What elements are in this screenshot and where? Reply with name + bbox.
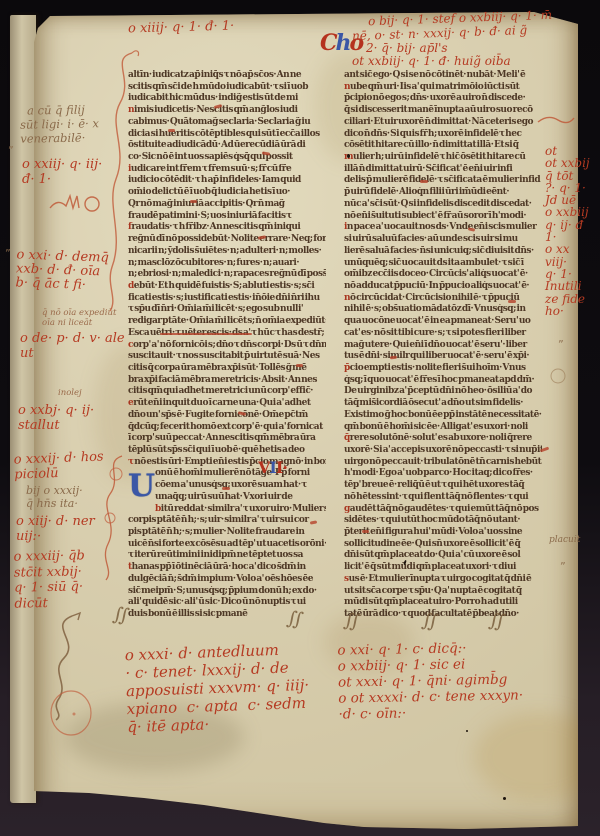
- chapter-numeral: VII·: [258, 458, 287, 477]
- text-line: n; masclōz ōcubitores· n; fures· n; auar…: [128, 258, 326, 270]
- text-line: scitis qm̄ sc̄i de h̄ mūdo iudicabūt· τ …: [128, 82, 326, 94]
- text-line: erūt en̄i inquit duo ī carne una· Qui a'…: [128, 398, 326, 410]
- margin-note: o xxbj· q· ij·stallut: [18, 403, 94, 433]
- text-line: ciliari· Et uir uxorē n̄ dimittat· Nā ce…: [344, 117, 542, 129]
- text-line: mulier h̄; uirū infidelē τ hic̄ ōsētit h…: [344, 152, 542, 164]
- text-line: co· Sic nō ē int̄ uos sapiēs q́sq̄ qui p…: [128, 152, 326, 164]
- text-line: fraudatis· τ h̄ fr̄ibz· An nescitis qm̄ …: [128, 222, 326, 234]
- text-line: ant sic̄ ego· Q̄ si se nō cōtinēt· nubāt…: [344, 70, 542, 82]
- text-line: dico n̄ dn̄s· Si quis fr̄ h̄; uxorē infi…: [344, 129, 542, 141]
- text-line: cat' es· nō sit tibi cure· s; τ si potes…: [344, 328, 542, 340]
- text-line: q̄rere solutōnē· solut' es ab uxore· nol…: [344, 433, 542, 445]
- text-line: reg̃nū dī nō possidebūt· Nolite errare· …: [128, 234, 326, 246]
- text-line: gaudēt tāq̄ nō gaudētes· τ qui emūt tāq̄…: [344, 504, 542, 516]
- text-line: ut sit sc̄a corpe τ sp̄u· Q̄ a' nupta ē …: [344, 586, 542, 598]
- text-line: cōem a' unusq́sq; uxorē suam h̄at· τ: [155, 480, 326, 492]
- rubric-mark: [420, 180, 428, 183]
- text-line: unaq̄q; uirū suū h̄at· Vxori uir de: [155, 492, 326, 504]
- rubric-mark: [222, 487, 230, 490]
- text-line: cabimus· Quātomag̃ seclaria· Seclaria g̃…: [128, 117, 326, 129]
- text-line: citis qm̄ qui adh̄et meretrici unū corp'…: [128, 386, 326, 398]
- text-line: pis ptātē n̄ h̄;· s; mulier· Nolite frau…: [128, 527, 326, 539]
- ink-speck: [503, 797, 506, 800]
- text-line: uxorē· Si a' accepis uxorē nō peccasti· …: [344, 445, 542, 457]
- margin-note: o xxi· d· demq̄xxb· d· đ· oīab· q̄ āc t …: [15, 248, 109, 293]
- text-line: nicarii n; ȳdolis s̄uiētes· n; adulteri·…: [128, 246, 326, 258]
- text-line: dicia si h̄ueritis cōtēptibles qui sūt ī…: [128, 129, 326, 141]
- text-line: corp' a' nō fornicōi s; dn̄o τ dn̄s corp…: [128, 340, 326, 352]
- brown-circle-doodle: [548, 366, 568, 386]
- pen-mark: ”: [5, 247, 11, 260]
- text-line: q̄dcūq; fecerit homō ext̄ corp' ē· qui a…: [128, 422, 326, 434]
- pen-mark: ”: [8, 144, 14, 157]
- text-line: p̄terit en̄i figura hui' mūdi· Volo a' u…: [344, 527, 542, 539]
- text-line: nō h̄ētes sint· τ qui flent tāq̄ nō flen…: [344, 492, 542, 504]
- text-line: si uirū saluū facies· aū unde scis uir s…: [344, 234, 542, 246]
- text-line: lierē saluā facies· n̄si unicuiq; sic̄ d…: [344, 246, 542, 258]
- text-line: bra xp̄i faciā mēbra meretricis· Absit· …: [128, 375, 326, 387]
- text-line: nūc a' sc̄i sūt· Q̄ si infidelis discedi…: [344, 199, 542, 211]
- chapter-seven-text: onū ē hom̄i mulierē nō tāg̃e· Pp̄ fornic…: [128, 468, 326, 620]
- rubric-mark: [296, 364, 303, 367]
- rubric-mark: [168, 129, 175, 132]
- column-left-block-a: altīn· iudicatz ap̄ iniq̄s τ nō ap̄ sc̄o…: [128, 70, 326, 468]
- text-line: dn̄i sūt qm̄ placeat do· Qui a' cū uxore…: [344, 550, 542, 562]
- pen-mark: ”: [558, 338, 564, 351]
- margin-note: inolej: [58, 388, 82, 398]
- text-line: mag̃ utere· Qui en̄i ī dn̄o uocat' ē ser…: [344, 340, 542, 352]
- tail-flourish: ∬: [420, 609, 439, 633]
- text-line: sollicitudine ēe· Qui sn̄ uxore ē sollic…: [344, 539, 542, 551]
- text-line: q̄ si discesserit manē īnupta aū uiro su…: [344, 105, 542, 117]
- rubric-mark: [190, 200, 197, 203]
- text-line: ī corp' suū peccat· An nescitis qm̄ mēbr…: [128, 433, 326, 445]
- text-line: thanas pp̄ ī ōtinēciā ūrā· hoc a' dico s…: [128, 562, 326, 574]
- text-line: Existimo g̃ hoc bonū ēe pp̄ instātē nece…: [344, 410, 542, 422]
- text-line: unūquēq; sic̄ uocauit d̄s ita ambulet· τ…: [344, 258, 542, 270]
- red-circle-doodle: [48, 688, 94, 738]
- text-line: sus ē· Et mulier īnupta τ uirgo cogitat …: [344, 574, 542, 586]
- column-left-block-b: U onū ē hom̄i mulierē nō tāg̃e· Pp̄ forn…: [128, 468, 326, 620]
- text-line: p̄ uirū fidelē· Alioq́n filii ūri im̄ūdi…: [344, 187, 542, 199]
- text-line: iudicare int̄ fr̄em τ fr̄em suū· s; fr̄ …: [128, 164, 326, 176]
- text-line: cōsētit h̄itare cū illo· n̄ dimittat ill…: [344, 140, 542, 152]
- text-line: in pace a' uocauit nos d̄s· Vnde en̄i sc…: [344, 222, 542, 234]
- tail-flourish: ∬: [111, 603, 130, 627]
- text-line: qua uocōne uocat' ē in ea pmaneat· Seru'…: [344, 316, 542, 328]
- margin-note: bij o xxxij·q̄ hn̄s ita·: [26, 484, 83, 510]
- red-margin-flourish: [48, 190, 104, 220]
- column-right-block: ant sic̄ ego· Q̄ si se nō cōtinēt· nubāt…: [344, 70, 542, 621]
- margin-note: o xxxiij· q̄bstc̄it xxbij·q· 1· siū q̄·d…: [13, 548, 85, 611]
- text-line: tēp' breue ē· reliq̄ū ē ut τ qui h̄ēt ux…: [344, 480, 542, 492]
- red-margin-dash: [536, 112, 576, 128]
- text-line: debūt· Et h̄ quidē fuistis· S; abluti es…: [128, 281, 326, 293]
- text-line: mūdi sūt qm̄ placeat uiro· Porro h̄ ad u…: [344, 597, 542, 609]
- text-line: nō en̄i s̄uituti subiect' ē fr̄ aū soror…: [344, 211, 542, 223]
- red-pen-flourish: [100, 45, 140, 315]
- text-line: ficati estis· s; iustificati estis· in̄ō…: [128, 293, 326, 305]
- text-line: altīn· iudicatz ap̄ iniq̄s τ nō ap̄ sc̄o…: [128, 70, 326, 82]
- ink-speck: [466, 730, 468, 732]
- margin-note-stack: otot xxbijq̄ tōt?· q· 1·Jd uēo xxbiijq· …: [545, 145, 590, 317]
- text-line: licit' ē q̄ sūt mūdi qm̄ placeat uxori· …: [344, 562, 542, 574]
- tail-flourish: ∬: [285, 607, 304, 631]
- tail-flourish: ∬: [487, 609, 506, 633]
- text-line: De uirginibz a' p̄ceptū dn̄i nō h̄eo· ōs…: [344, 386, 542, 398]
- text-line: q́sq; ī quo uocat' ē fr̄es ī hoc pmaneat…: [344, 375, 542, 387]
- quire-mark: Cho: [320, 30, 362, 56]
- text-line: suscitauit· τ nos suscitabit p̄ uirtutē …: [128, 351, 326, 363]
- text-line: illā n̄ dimittat uirū· Sc̄ificat' ē en̄i…: [344, 164, 542, 176]
- text-line: p̄cipio nō ego s; dn̄s· uxorē a uiro n̄ …: [344, 93, 542, 105]
- text-line: tāq̄ mis̄icordiā ōsecut' a dn̄o ut sim f…: [344, 398, 542, 410]
- text-column-left: altīn· iudicatz ap̄ iniq̄s τ nō ap̄ sc̄o…: [128, 70, 326, 621]
- text-column-right: ant sic̄ ego· Q̄ si se nō cōtinēt· nubāt…: [344, 70, 542, 621]
- text-line: qm̄ bonū ē hom̄i sic ēe· Alligat' es uxo…: [344, 422, 542, 434]
- text-line: nihil ē· s; obs̄uatio mādatōz dī· Vnusq́…: [344, 304, 542, 316]
- margin-note: o xxxij· d· hospiciolū: [14, 449, 105, 482]
- top-annotation-left: o xiiij· q· 1· đ· 1·: [128, 19, 235, 37]
- text-line: tēplū sūt sp̄s sc̄i qui ī uob ē· quē h̄e…: [128, 445, 326, 457]
- text-line: Q̄r nō mag̃ iniuriā accipitis· Q̄r n̄ ma…: [128, 199, 326, 211]
- text-line: sic̄ meipm̄· S; unusq́sq; p̄pium donū h̄…: [128, 586, 326, 598]
- text-line: h'modi· Ego a' uob parco· Hoc itaq; dico…: [344, 468, 542, 480]
- text-line: corpis ptātē n̄ h̄;· s; uir· similr a' τ…: [128, 515, 326, 527]
- margin-note: o de· p· d· v· aleut: [20, 331, 125, 361]
- text-line: sidētes· τ qui utūt̄ hoc mūdo tāq̄ nō ut…: [344, 515, 542, 527]
- text-line: nō adducat p̄puciū· In p̄pucio aliq́s uo…: [344, 281, 542, 293]
- margin-note: o xxiij· q· iij·đ· 1·: [22, 157, 102, 187]
- tail-flourish: ∬: [342, 609, 361, 633]
- top-annotation-right-4: ot xxbiij· q· 1· đ· huig̃ oib̄a: [352, 54, 511, 68]
- text-line: om̄io delictū ē ī uob q̄ iudicia h̄etis …: [128, 187, 326, 199]
- margin-note: placuit: [549, 535, 580, 545]
- text-line: delis p̄ mulierē fidelē· τ sc̄ificata ē …: [344, 175, 542, 187]
- text-line: fraudē patimini· S; uos iniuriā facitis …: [128, 211, 326, 223]
- text-line: bitū reddat· similr a' τ uxor uiro· Muli…: [155, 504, 326, 516]
- ink-layer: o xiiij· q· 1· đ· 1· o bij· q· 1· stef o…: [0, 0, 600, 836]
- text-line: dn̄o un' sp̄s ē· Fugite fornicōnē· Om̄e …: [128, 410, 326, 422]
- red-filigree-initial: [92, 452, 130, 582]
- text-line: τ nō estis ūri· Empti en̄i estis p̄cio m…: [128, 457, 326, 469]
- text-line: redigar ptāte· Om̄ia m̄i licēt s; n̄ om̄…: [128, 316, 326, 328]
- bottom-annotation-right: o xxi· q· 1· c· dicq̄:·o xxbiij· q· 1· s…: [337, 639, 523, 722]
- text-line: tatē ūrā dico· τ quod facultatē p̄beat d…: [344, 609, 542, 621]
- text-line: onū ē hom̄i mulierē nō tāg̃e· Pp̄ forni: [155, 468, 326, 480]
- top-annotation-right-3: 2· q̄· bij· ap̄l's: [366, 41, 448, 55]
- margin-note: o xiij· d· neruij:·: [16, 514, 95, 544]
- rubric-mark: [508, 300, 516, 303]
- text-line: nub̄e qm̄ uri· Iis a' qui matrimōio iūct…: [344, 82, 542, 94]
- text-line: iudicio cōtēdit· τ h̄ ap̄ infideles· Iam…: [128, 175, 326, 187]
- text-line: ōstituite adiudicādū· Ad ūerecūdiā ūrā d…: [128, 140, 326, 152]
- text-line: nimis iudicetis· Nescitis qm̄ ang̃los iu…: [128, 105, 326, 117]
- text-line: iudicabit̄ hic mūdus· indig̃ estis ūt de…: [128, 93, 326, 105]
- text-line: τ sp̄u dī n̄ri· Om̄ia m̄i licēt· s; ego …: [128, 304, 326, 316]
- text-line: tus ē dn̄i· similr qui liber uocat' ē· s…: [344, 351, 542, 363]
- rubric-mark: [362, 530, 369, 533]
- margin-note: a cū q̄ filijsūt ligi· i· ē· xvenerabilē…: [20, 102, 100, 145]
- text-line: uicē n̄si forte ex cōsēsu ad tēp' ut uac…: [128, 539, 326, 551]
- text-line: p̄cio empti estis· nolite fieri s̄ui hoī…: [344, 363, 542, 375]
- pen-mark: ”: [560, 560, 566, 573]
- decorated-initial: U: [128, 470, 151, 504]
- ink-speck: [347, 154, 350, 158]
- photo-backdrop: o xiiij· q· 1· đ· 1· o bij· q· 1· stef o…: [0, 0, 600, 836]
- text-line: uirgo nō peccauit· tribulatōnē tn̄ carni…: [344, 457, 542, 469]
- rubric-underline: [160, 333, 252, 335]
- text-line: n; ebriosi· n; maledici· n; rapaces reg̃…: [128, 269, 326, 281]
- bottom-annotation-left: o xxxi· d· antedluum· c· tenet· lxxxij· …: [124, 640, 310, 736]
- text-line: om̄ibz ecc̄iis doceo· Circūcis' aliq́s u…: [344, 269, 542, 281]
- text-line: τ iterū reūtimini inidipm̄ ne tēptet uos…: [128, 550, 326, 562]
- text-line: dulgēciā n̄; s̄dm̄ impium· Volo a' oēs h…: [128, 574, 326, 586]
